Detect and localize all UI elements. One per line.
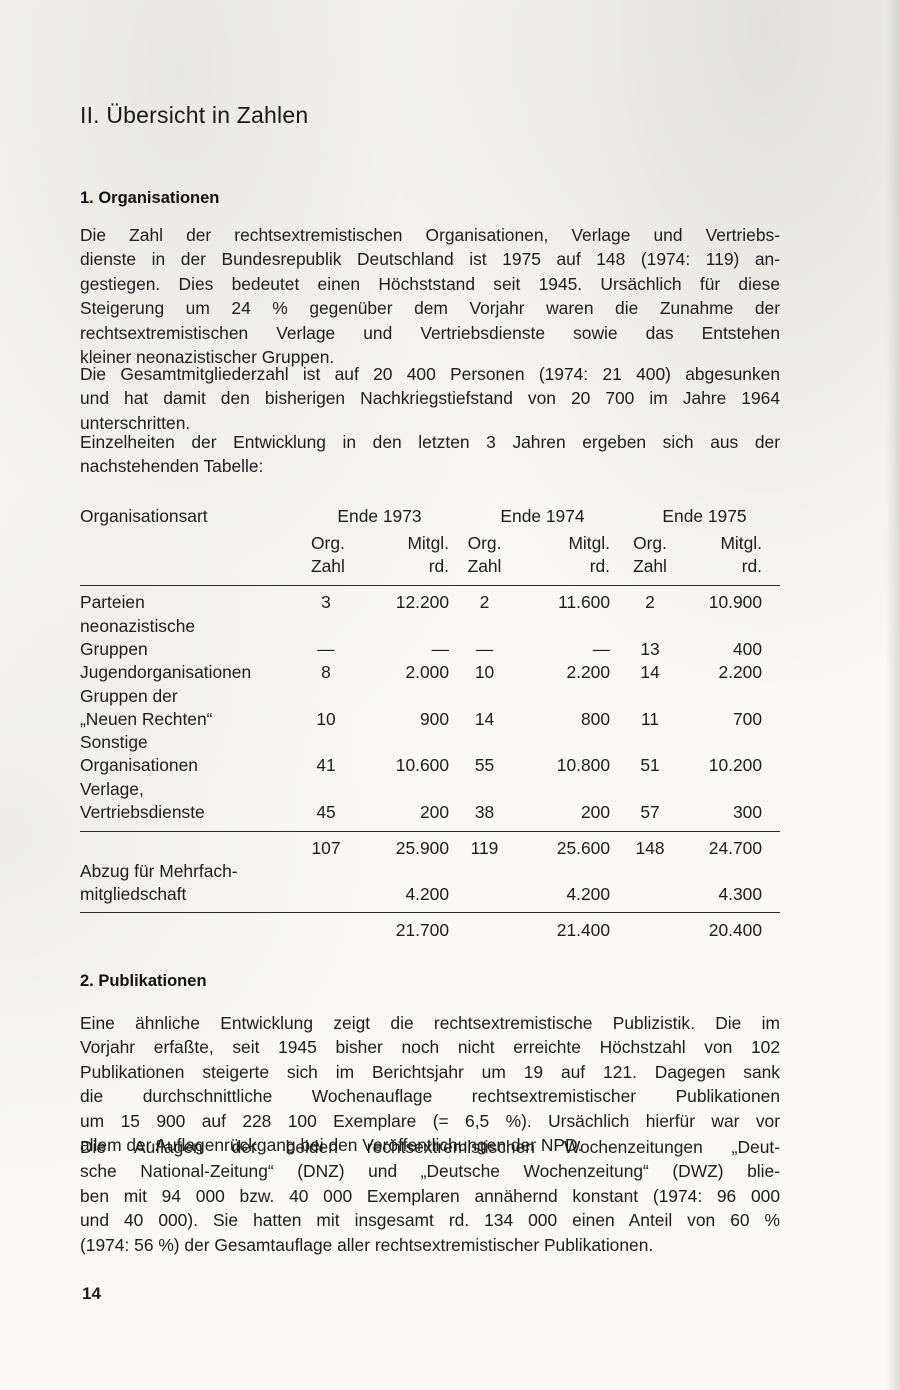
- row-label: Gruppen: [80, 639, 148, 660]
- table-cell: 2.200: [680, 662, 762, 683]
- page-number: 14: [82, 1284, 101, 1304]
- table-cell: 2: [630, 592, 670, 613]
- table-cell: 400: [680, 639, 762, 660]
- table-cell: 55: [467, 755, 502, 776]
- table-row-total: 21.70021.40020.400: [80, 920, 780, 943]
- table-header-years: OrganisationsartEnde 1973Ende 1974Ende 1…: [80, 506, 780, 533]
- column-subheader: Zahl: [467, 556, 502, 577]
- table-cell: 200: [520, 802, 610, 823]
- column-subheader: rd.: [680, 556, 762, 577]
- table-header-rule: [80, 585, 780, 586]
- paragraph-line: Die Zahl der rechtsextremistischen Organ…: [80, 223, 780, 247]
- table-cell: 25.900: [365, 838, 449, 859]
- paragraph-line: dienste in der Bundesrepublik Deutschlan…: [80, 247, 780, 271]
- column-subheader: Org.: [630, 533, 670, 554]
- table-cell: 2.000: [365, 662, 449, 683]
- paragraph: Die Zahl der rechtsextremistischen Organ…: [80, 223, 780, 369]
- table-cell: —: [365, 639, 449, 660]
- table-subheader-line1: Org.Mitgl.Org.Mitgl.Org.Mitgl.: [80, 533, 780, 556]
- chapter-title: II. Übersicht in Zahlen: [80, 102, 308, 129]
- column-subheader: Org.: [311, 533, 341, 554]
- table-row: Verlage,Vertriebsdienste452003820057300: [80, 779, 780, 825]
- table-cell: —: [467, 639, 502, 660]
- table-cell: —: [520, 639, 610, 660]
- row-label: Vertriebsdienste: [80, 802, 205, 823]
- table-cell: 4.200: [520, 884, 610, 905]
- table-cell: 700: [680, 709, 762, 730]
- column-subheader: Org.: [467, 533, 502, 554]
- paragraph-line: Steigerung um 24 % gegenüber dem Vorjahr…: [80, 296, 780, 320]
- table-cell: 25.600: [520, 838, 610, 859]
- table-row: Jugendorganisationen82.000102.200142.200: [80, 662, 780, 685]
- paragraph-line: ben mit 94 000 bzw. 40 000 Exemplaren an…: [80, 1184, 780, 1208]
- table-cell: 10.900: [680, 592, 762, 613]
- table-cell: 10.600: [365, 755, 449, 776]
- table-cell: 119: [467, 838, 502, 859]
- column-subheader: Mitgl.: [680, 533, 762, 554]
- table-row-deduction: Abzug für Mehrfach-mitgliedschaft4.2004.…: [80, 861, 780, 907]
- table-cell: 45: [311, 802, 341, 823]
- table-cell: 21.400: [520, 920, 610, 941]
- paragraph-line: und hat damit den bisherigen Nachkriegst…: [80, 386, 780, 410]
- table-cell: 148: [630, 838, 670, 859]
- row-label: Jugendorganisationen: [80, 662, 251, 683]
- table-cell: 20.400: [680, 920, 762, 941]
- column-subheader: Zahl: [630, 556, 670, 577]
- table-row: neonazistischeGruppen————13400: [80, 616, 780, 662]
- table-row-subtotal: 10725.90011925.60014824.700: [80, 838, 780, 861]
- table-cell: —: [311, 639, 341, 660]
- paragraph-line: nachstehenden Tabelle:: [80, 454, 780, 478]
- paragraph-line: Eine ähnliche Entwicklung zeigt die rech…: [80, 1011, 780, 1035]
- row-label: „Neuen Rechten“: [80, 709, 212, 730]
- paragraph-line: Die Gesamtmitgliederzahl ist auf 20 400 …: [80, 362, 780, 386]
- column-subheader: Mitgl.: [520, 533, 610, 554]
- table-cell: 800: [520, 709, 610, 730]
- paragraph: Einzelheiten der Entwicklung in den letz…: [80, 430, 780, 479]
- table-cell: 57: [630, 802, 670, 823]
- table-cell: 2.200: [520, 662, 610, 683]
- paragraph-line: und 40 000). Sie hatten mit insgesamt rd…: [80, 1208, 780, 1232]
- paragraph-line: Einzelheiten der Entwicklung in den letz…: [80, 430, 780, 454]
- table-cell: 14: [467, 709, 502, 730]
- row-label: Organisationen: [80, 755, 198, 776]
- column-header-year: Ende 1974: [475, 506, 610, 527]
- paragraph-line: um 15 900 auf 228 100 Exemplare (= 6,5 %…: [80, 1109, 780, 1133]
- table-cell: 8: [311, 662, 341, 683]
- paragraph-line: (1974: 56 %) der Gesamtauflage aller rec…: [80, 1233, 780, 1257]
- table-row: Gruppen der„Neuen Rechten“10900148001170…: [80, 686, 780, 732]
- table-cell: 38: [467, 802, 502, 823]
- row-label: Parteien: [80, 592, 145, 613]
- table-cell: 4.200: [365, 884, 449, 905]
- table-cell: 21.700: [365, 920, 449, 941]
- column-subheader: rd.: [365, 556, 449, 577]
- row-label: Sonstige: [80, 732, 148, 753]
- table-cell: 24.700: [680, 838, 762, 859]
- table-cell: 12.200: [365, 592, 449, 613]
- document-page: II. Übersicht in Zahlen 1. Organisatione…: [0, 0, 900, 1390]
- table-cell: 200: [365, 802, 449, 823]
- section-heading-organisationen: 1. Organisationen: [80, 189, 219, 208]
- table-cell: 4.300: [680, 884, 762, 905]
- scan-edge-shadow: [886, 0, 900, 1390]
- paragraph-line: die durchschnittliche Wochenauflage rech…: [80, 1084, 780, 1108]
- paragraph: Die Gesamtmitgliederzahl ist auf 20 400 …: [80, 362, 780, 435]
- table-cell: 2: [467, 592, 502, 613]
- table-row: Parteien312.200211.600210.900: [80, 592, 780, 615]
- table-cell: 10: [311, 709, 341, 730]
- section-heading-publikationen: 2. Publikationen: [80, 972, 207, 991]
- paragraph-line: Publikationen steigerte sich im Berichts…: [80, 1060, 780, 1084]
- table-cell: 10.200: [680, 755, 762, 776]
- table-cell: 14: [630, 662, 670, 683]
- table-cell: 107: [311, 838, 341, 859]
- paragraph-line: sche National-Zeitung“ (DNZ) und „Deutsc…: [80, 1159, 780, 1183]
- table-cell: 13: [630, 639, 670, 660]
- table-cell: 3: [311, 592, 341, 613]
- column-header-year: Ende 1973: [312, 506, 447, 527]
- column-header-organisationsart: Organisationsart: [80, 506, 208, 527]
- table-cell: 300: [680, 802, 762, 823]
- table-subheader-line2: Zahlrd.Zahlrd.Zahlrd.: [80, 556, 780, 585]
- table-cell: 11.600: [520, 592, 610, 613]
- table-cell: 41: [311, 755, 341, 776]
- row-label: Verlage,: [80, 779, 144, 800]
- column-subheader: rd.: [520, 556, 610, 577]
- table-cell: 10: [467, 662, 502, 683]
- table-cell: 51: [630, 755, 670, 776]
- paragraph-line: Vorjahr erfaßte, seit 1945 bisher noch n…: [80, 1035, 780, 1059]
- paragraph-line: rechtsextremistischen Verlage und Vertri…: [80, 321, 780, 345]
- row-label: mitgliedschaft: [80, 884, 186, 905]
- row-label: Gruppen der: [80, 686, 178, 707]
- column-subheader: Zahl: [311, 556, 341, 577]
- table-total-rule: [80, 912, 780, 913]
- table-cell: 10.800: [520, 755, 610, 776]
- paragraph-line: gestiegen. Dies bedeutet einen Höchststa…: [80, 272, 780, 296]
- table-cell: 11: [630, 709, 670, 730]
- column-subheader: Mitgl.: [365, 533, 449, 554]
- table-subtotal-rule: [80, 831, 780, 832]
- table-cell: 900: [365, 709, 449, 730]
- column-header-year: Ende 1975: [637, 506, 772, 527]
- row-label: Abzug für Mehrfach-: [80, 861, 238, 882]
- paragraph-line: Die Auflagen der beiden rechtsextremisti…: [80, 1135, 780, 1159]
- table-row: SonstigeOrganisationen4110.6005510.80051…: [80, 732, 780, 778]
- row-label: neonazistische: [80, 616, 195, 637]
- paragraph: Die Auflagen der beiden rechtsextremisti…: [80, 1135, 780, 1257]
